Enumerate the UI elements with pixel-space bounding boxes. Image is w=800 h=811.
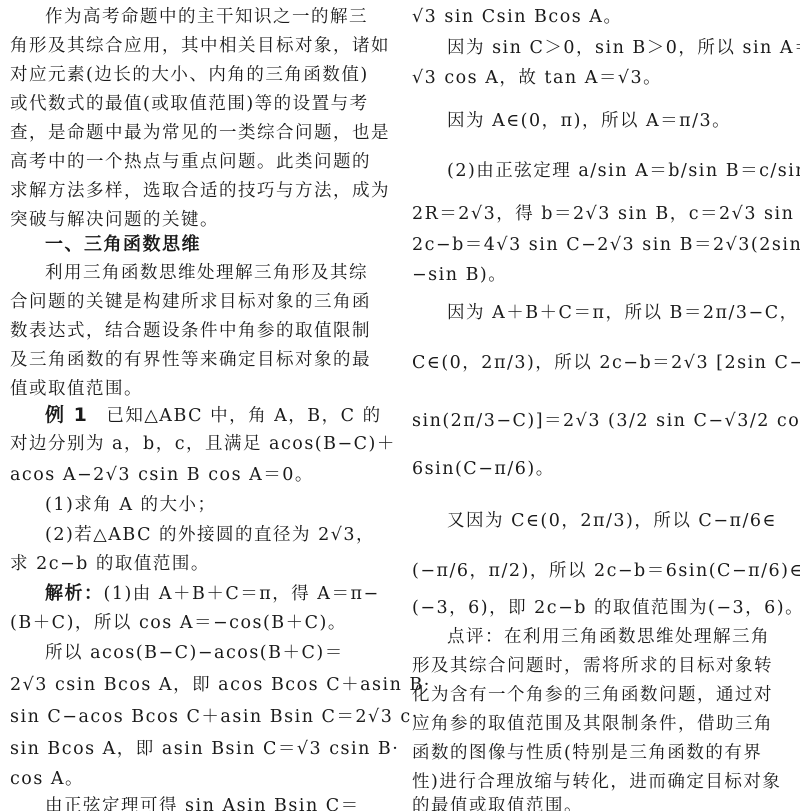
intro-line: 查，是命题中最为常见的一类综合问题，也是 xyxy=(10,122,395,144)
intro-line: 或代数式的最值(或取值范围)等的设置与考 xyxy=(10,93,395,115)
intro-line: 作为高考命题中的主干知识之一的解三 xyxy=(10,6,430,28)
intro-line: 高考中的一个热点与重点问题。此类问题的 xyxy=(10,151,395,173)
section-text-line: 利用三角函数思维处理解三角形及其综 xyxy=(10,262,430,284)
comment-line: 形及其综合问题时，需将所求的目标对象转 xyxy=(412,655,797,677)
solution-line: C∈(0，2π/3)，所以 2c−b＝2√3 [2sin C− xyxy=(412,352,797,374)
comment-line: 性)进行合理放缩与转化，进而确定目标对象 xyxy=(412,771,797,793)
example-line: 对边分别为 a，b，c，且满足 acos(B−C)＋ xyxy=(10,433,395,455)
solution-line: 解析：(1)由 A＋B＋C＝π，得 A＝π− xyxy=(10,583,430,605)
solution-line: 6sin(C−π/6)。 xyxy=(412,458,797,480)
comment-line: 点评：在利用三角函数思维处理解三角 xyxy=(412,626,800,648)
section-text-line: 及三角函数的有界性等来确定目标对象的最 xyxy=(10,349,395,371)
solution-line: sin Bcos A，即 asin Bsin C＝√3 csin B· xyxy=(10,738,395,760)
solution-line: sin C−acos Bcos C＋asin Bsin C＝2√3 c· xyxy=(10,706,395,728)
comment-line: 函数的图像与性质(特别是三角函数的有界 xyxy=(412,742,797,764)
solution-line: 2R＝2√3，得 b＝2√3 sin B，c＝2√3 sin C，故 xyxy=(412,203,797,225)
solution-line: sin(2π/3−C)]＝2√3 (3/2 sin C−√3/2 cos C)＝ xyxy=(412,410,797,432)
example-line: acos A−2√3 csin B cos A＝0。 xyxy=(10,464,395,486)
solution-part-2: (2)由正弦定理 a/sin A＝b/sin B＝c/sin C＝ xyxy=(412,160,800,182)
section-heading: 一、三角函数思维 xyxy=(10,234,430,256)
solution-line: 因为 A＋B＋C＝π，所以 B＝2π/3−C， xyxy=(412,302,800,324)
solution-line: 因为 sin C＞0，sin B＞0，所以 sin A＝ xyxy=(412,37,800,59)
section-text-line: 数表达式，结合题设条件中角参的取值限制 xyxy=(10,320,395,342)
section-text-line: 合问题的关键是构建所求目标对象的三角函 xyxy=(10,291,395,313)
comment-line: 的最值或取值范围。 xyxy=(412,795,797,811)
comment-line: 化为含有一个角参的三角函数问题，通过对 xyxy=(412,684,797,706)
solution-line: 因为 A∈(0，π)，所以 A＝π/3。 xyxy=(412,110,800,132)
intro-line: 求解方法多样，选取合适的技巧与方法，成为 xyxy=(10,180,395,202)
solution-line: 2c−b＝4√3 sin C−2√3 sin B＝2√3(2sin C xyxy=(412,234,797,256)
example-question-2: (2)若△ABC 的外接圆的直径为 2√3， xyxy=(10,524,430,546)
solution-line: (−3，6)，即 2c−b 的取值范围为(−3，6)。 xyxy=(412,597,797,619)
solution-line: 由正弦定理可得 sin Asin Bsin C＝ xyxy=(10,795,430,811)
comment-line: 应角参的取值范围及其限制条件，借助三角 xyxy=(412,713,797,735)
example-line: 例 1已知△ABC 中，角 A，B，C 的 xyxy=(10,404,430,427)
example-label: 例 1 xyxy=(45,404,88,426)
solution-line: −sin B)。 xyxy=(412,264,797,286)
solution-line: (B＋C)，所以 cos A＝−cos(B＋C)。 xyxy=(10,612,395,634)
example-question-1: (1)求角 A 的大小； xyxy=(10,494,430,516)
intro-line: 对应元素(边长的大小、内角的三角函数值) xyxy=(10,64,395,86)
solution-line: √3 cos A，故 tan A＝√3。 xyxy=(412,67,797,89)
solution-line: 2√3 csin Bcos A，即 acos Bcos C＋asin B· xyxy=(10,674,395,696)
section-text-line: 值或取值范围。 xyxy=(10,378,395,400)
solution-label: 解析： xyxy=(45,583,104,604)
solution-line: 又因为 C∈(0，2π/3)，所以 C−π/6∈ xyxy=(412,510,800,532)
intro-line: 突破与解决问题的关键。 xyxy=(10,209,395,231)
solution-line: (−π/6，π/2)，所以 2c−b＝6sin(C−π/6)∈ xyxy=(412,560,797,582)
solution-line: √3 sin Csin Bcos A。 xyxy=(412,6,797,28)
comment-label: 点评： xyxy=(447,627,504,647)
solution-line: cos A。 xyxy=(10,768,395,790)
solution-line: 所以 acos(B−C)−acos(B＋C)＝ xyxy=(10,642,430,664)
intro-line: 角形及其综合应用，其中相关目标对象，诸如 xyxy=(10,35,395,57)
example-text: 已知△ABC 中，角 A，B，C 的 xyxy=(106,406,381,426)
example-line: 求 2c−b 的取值范围。 xyxy=(10,553,395,575)
